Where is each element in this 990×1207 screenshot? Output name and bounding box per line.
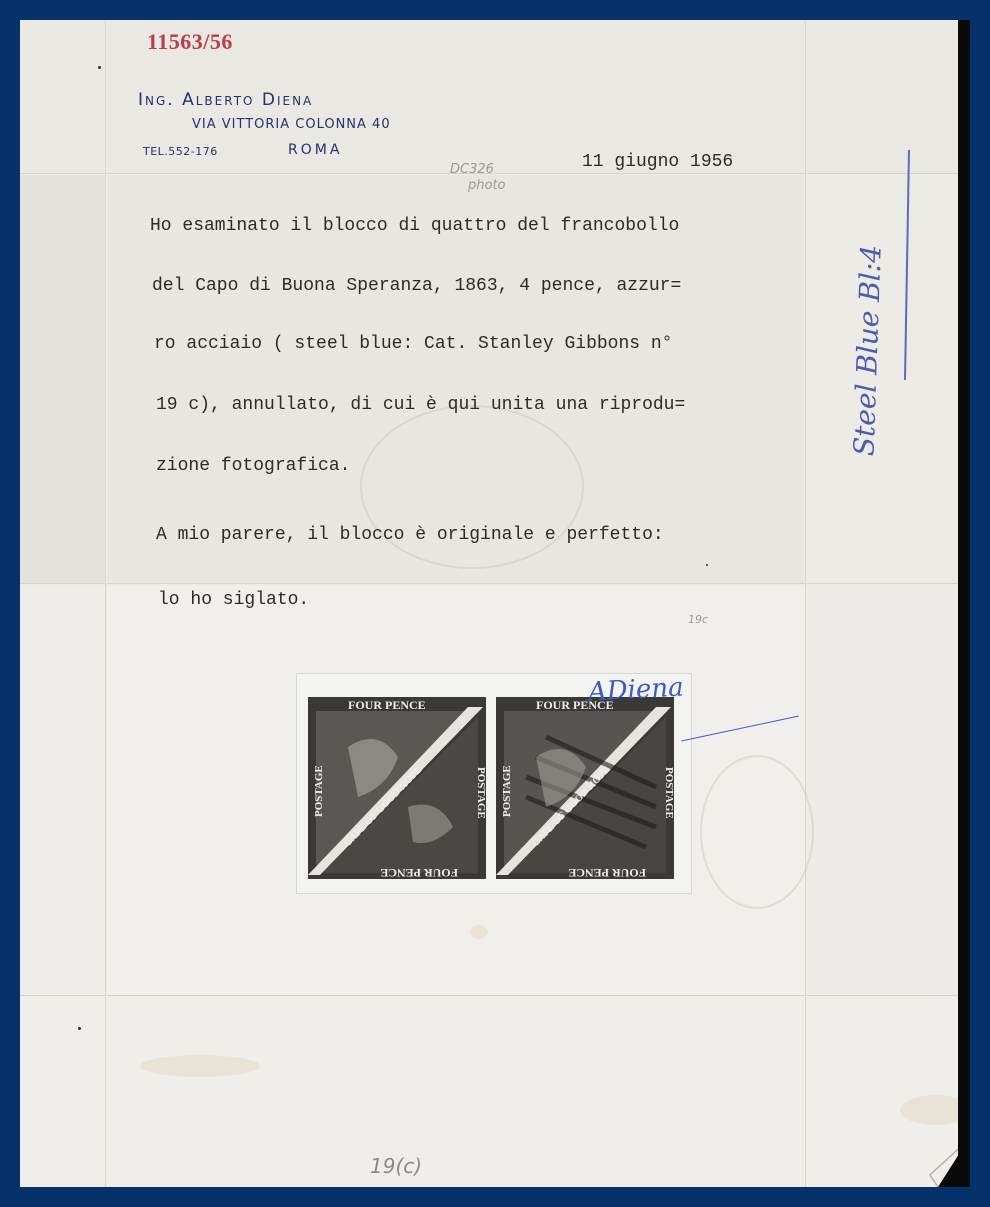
embossed-seal	[700, 755, 814, 909]
body-line: A mio parere, il blocco è originale e pe…	[156, 525, 664, 545]
pencil-note-line: DC326	[450, 162, 506, 178]
signature: ADiena	[587, 673, 684, 708]
fold-line-vertical	[805, 20, 807, 1187]
body-line: zione fotografica.	[156, 456, 350, 476]
body-line: del Capo di Buona Speranza, 1863, 4 penc…	[152, 276, 681, 296]
paper-panel-low-left	[20, 583, 105, 995]
pencil-catalog-note: DC326 photo	[450, 162, 506, 194]
paper-speck	[98, 66, 101, 69]
body-line: ro acciaio ( steel blue: Cat. Stanley Gi…	[154, 334, 672, 354]
paper-stain	[140, 1055, 260, 1077]
svg-text:FOUR PENCE: FOUR PENCE	[380, 866, 458, 879]
svg-text:FOUR PENCE: FOUR PENCE	[348, 698, 426, 712]
handwritten-side-note: Steel Blue Bl:4	[838, 190, 898, 510]
paper-shadow-edge	[958, 20, 970, 1187]
svg-text:POSTAGE: POSTAGE	[475, 767, 486, 819]
body-line: lo ho siglato.	[158, 590, 309, 610]
paper-speck	[706, 564, 708, 566]
paper-stain	[470, 925, 488, 939]
svg-text:FOUR PENCE: FOUR PENCE	[568, 866, 646, 879]
fold-line-horizontal	[20, 583, 968, 585]
letterhead-city: ROMA	[288, 142, 342, 158]
body-line: 19 c), annullato, di cui è qui unita una…	[156, 395, 685, 415]
fold-line-horizontal	[20, 995, 968, 997]
paper-speck	[78, 1027, 81, 1030]
letterhead-telephone: TEL.552-176	[143, 145, 218, 158]
pencil-small-note: 19c	[688, 612, 708, 628]
reference-number: 11563/56	[147, 29, 233, 55]
paper-panel-bottom	[20, 995, 968, 1187]
handwritten-side-note-text: Steel Blue Bl:4	[848, 244, 888, 456]
pencil-note-line: photo	[450, 178, 506, 194]
stamp-pair-right: FOUR PENCE POSTAGE POSTAGE CAPE OF GOOD …	[496, 697, 674, 879]
cape-triangular-stamp-icon: FOUR PENCE POSTAGE POSTAGE CAPE OF GOOD …	[308, 697, 486, 879]
cape-triangular-stamp-icon: FOUR PENCE POSTAGE POSTAGE CAPE OF GOOD …	[496, 697, 674, 879]
pencil-bottom-note: 19(c)	[370, 1158, 422, 1174]
letter-date: 11 giugno 1956	[582, 152, 733, 172]
svg-text:POSTAGE: POSTAGE	[313, 765, 325, 817]
letterhead-address: VIA VITTORIA COLONNA 40	[192, 117, 391, 132]
certificate-paper: 11563/56 Ing. Alberto Diena VIA VITTORIA…	[20, 20, 968, 1187]
paper-panel-low-right	[805, 583, 968, 995]
fold-line-vertical	[105, 20, 107, 1187]
svg-text:POSTAGE: POSTAGE	[663, 767, 674, 819]
letterhead-name: Ing. Alberto Diena	[138, 90, 313, 110]
svg-text:POSTAGE: POSTAGE	[501, 765, 513, 817]
body-line: Ho esaminato il blocco di quattro del fr…	[150, 216, 679, 236]
stamp-pair-left: FOUR PENCE POSTAGE POSTAGE CAPE OF GOOD …	[308, 697, 486, 879]
stamp-photograph: FOUR PENCE POSTAGE POSTAGE CAPE OF GOOD …	[296, 673, 692, 894]
paper-panel-mid-left	[20, 173, 105, 583]
